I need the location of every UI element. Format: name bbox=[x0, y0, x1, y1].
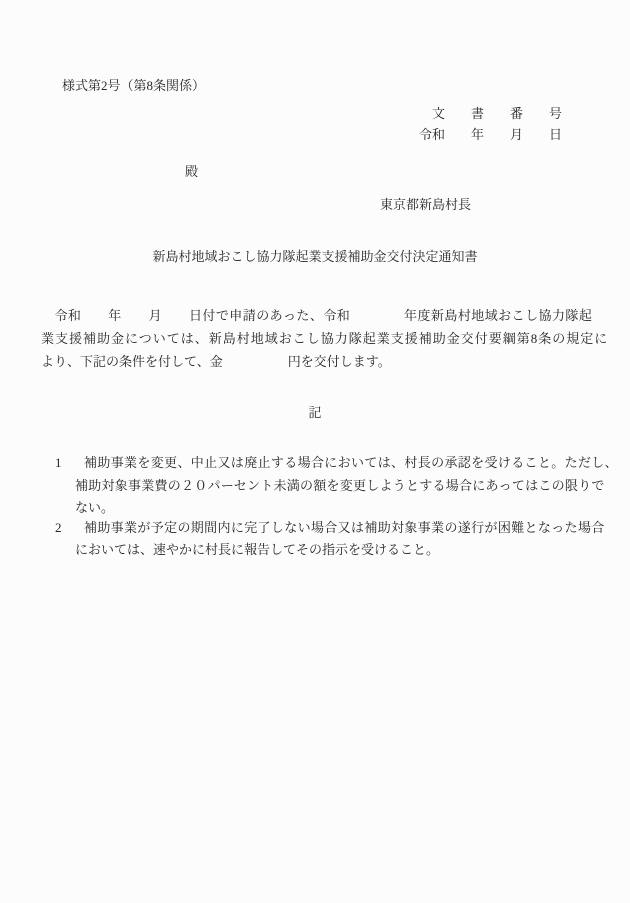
ki-heading: 記 bbox=[0, 404, 630, 421]
body-paragraph-line-2: 業支援補助金については、新島村地域おこし協力隊起業支援補助金交付要綱第8条の規定… bbox=[41, 330, 608, 347]
condition-1-number: 1 bbox=[55, 454, 62, 471]
document-number-label: 文 書 番 号 bbox=[432, 105, 562, 122]
document-title: 新島村地域おこし協力隊起業支援補助金交付決定通知書 bbox=[0, 248, 630, 265]
form-number: 様式第2号（第8条関係） bbox=[62, 77, 205, 94]
condition-2-line-1: 補助事業が予定の期間内に完了しない場合又は補助対象事業の遂行が困難となった場合 bbox=[84, 519, 605, 536]
condition-2-number: 2 bbox=[55, 519, 62, 536]
sender-name: 東京都新島村長 bbox=[380, 196, 471, 213]
document-page: 様式第2号（第8条関係） 文 書 番 号 令和 年 月 日 殿 東京都新島村長 … bbox=[0, 0, 630, 903]
condition-1-line-3: ない。 bbox=[75, 499, 114, 516]
recipient-honorific: 殿 bbox=[185, 163, 198, 180]
body-paragraph-line-3: より、下記の条件を付して、金 円を交付します。 bbox=[41, 353, 391, 370]
condition-2-line-2: においては、速やかに村長に報告してその指示を受けること。 bbox=[75, 541, 439, 558]
date-line: 令和 年 月 日 bbox=[419, 126, 562, 143]
condition-1-line-2: 補助対象事業費の２０パーセント未満の額を変更しようとする場合にあってはこの限りで bbox=[75, 477, 605, 494]
body-paragraph-line-1: 令和 年 月 日付で申請のあった、令和 年度新島村地域おこし協力隊起 bbox=[41, 307, 592, 324]
condition-1-line-1: 補助事業を変更、中止又は廃止する場合においては、村長の承認を受けること。ただし、 bbox=[84, 454, 618, 471]
